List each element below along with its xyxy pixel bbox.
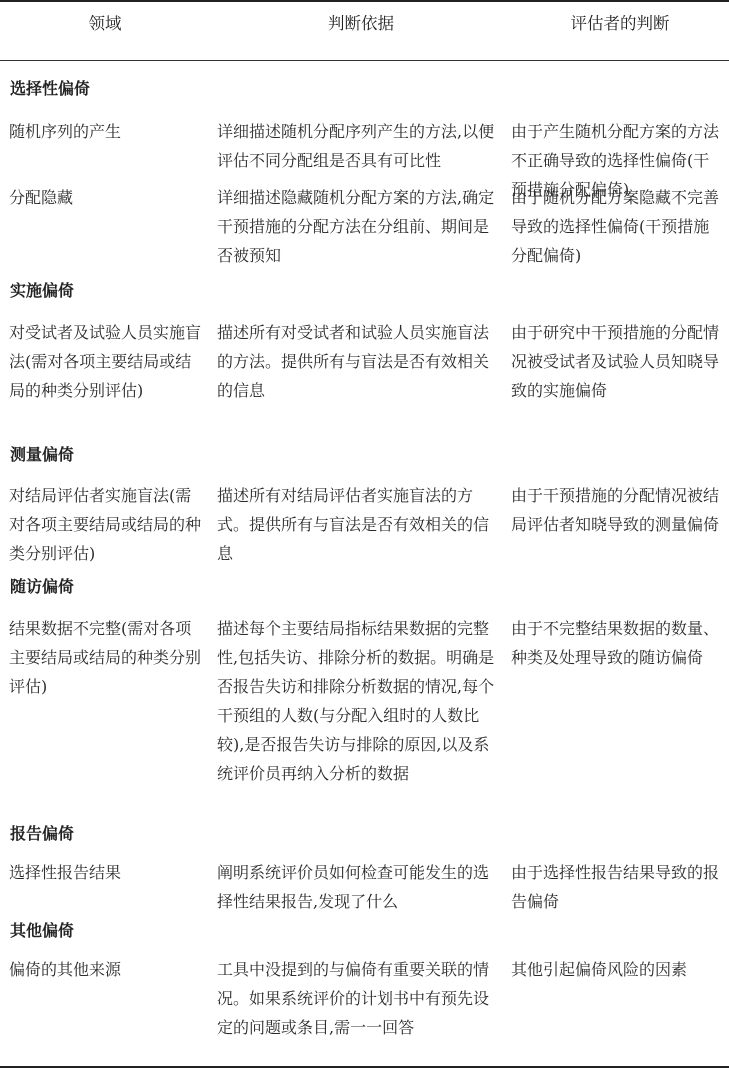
cell-judgment: 由于不完整结果数据的数量、种类及处理导致的随访偏倚 — [511, 614, 723, 672]
cell-judgment: 由于选择性报告结果导致的报告偏倚 — [511, 858, 723, 916]
section-title-selection-bias: 选择性偏倚 — [10, 77, 90, 101]
table-header: 领域 判断依据 评估者的判断 — [0, 0, 729, 60]
section-title-reporting-bias: 报告偏倚 — [10, 822, 74, 846]
section-title-attrition-bias: 随访偏倚 — [10, 575, 74, 599]
cell-basis: 详细描述随机分配序列产生的方法,以便评估不同分配组是否具有可比性 — [217, 117, 497, 175]
section-title-performance-bias: 实施偏倚 — [10, 279, 74, 303]
table-bottom-rule — [0, 1066, 729, 1068]
cell-domain: 对受试者及试验人员实施盲法(需对各项主要结局或结局的种类分别评估) — [9, 318, 205, 405]
cell-domain: 选择性报告结果 — [9, 858, 205, 887]
cell-domain: 结果数据不完整(需对各项主要结局或结局的种类分别评估) — [9, 614, 205, 701]
cell-domain: 随机序列的产生 — [9, 117, 205, 146]
cell-judgment: 由于随机分配方案隐藏不完善导致的选择性偏倚(干预措施分配偏倚) — [511, 183, 723, 270]
cell-basis: 描述所有对结局评估者实施盲法的方式。提供所有与盲法是否有效相关的信息 — [217, 481, 497, 568]
cell-judgment: 由于研究中干预措施的分配情况被受试者及试验人员知晓导致的实施偏倚 — [511, 318, 723, 405]
section-title-detection-bias: 测量偏倚 — [10, 443, 74, 467]
cell-basis: 描述所有对受试者和试验人员实施盲法的方法。提供所有与盲法是否有效相关的信息 — [217, 318, 497, 405]
cell-basis: 详细描述隐藏随机分配方案的方法,确定干预措施的分配方法在分组前、期间是否被预知 — [217, 183, 497, 270]
header-judgment: 评估者的判断 — [511, 12, 729, 36]
cell-basis: 阐明系统评价员如何检查可能发生的选择性结果报告,发现了什么 — [217, 858, 497, 916]
cell-basis: 工具中没提到的与偏倚有重要关联的情况。如果系统评价的计划书中有预先设定的问题或条… — [217, 955, 497, 1042]
cell-judgment: 其他引起偏倚风险的因素 — [511, 955, 723, 984]
header-domain: 领域 — [0, 12, 210, 36]
cell-domain: 偏倚的其他来源 — [9, 955, 205, 984]
section-title-other-bias: 其他偏倚 — [10, 919, 74, 943]
cell-domain: 对结局评估者实施盲法(需对各项主要结局或结局的种类分别评估) — [9, 481, 205, 568]
cell-domain: 分配隐藏 — [9, 183, 205, 212]
header-rule — [0, 60, 729, 61]
cell-basis: 描述每个主要结局指标结果数据的完整性,包括失访、排除分析的数据。明确是否报告失访… — [217, 614, 497, 788]
header-basis: 判断依据 — [216, 12, 506, 36]
cell-judgment: 由于干预措施的分配情况被结局评估者知晓导致的测量偏倚 — [511, 481, 723, 539]
